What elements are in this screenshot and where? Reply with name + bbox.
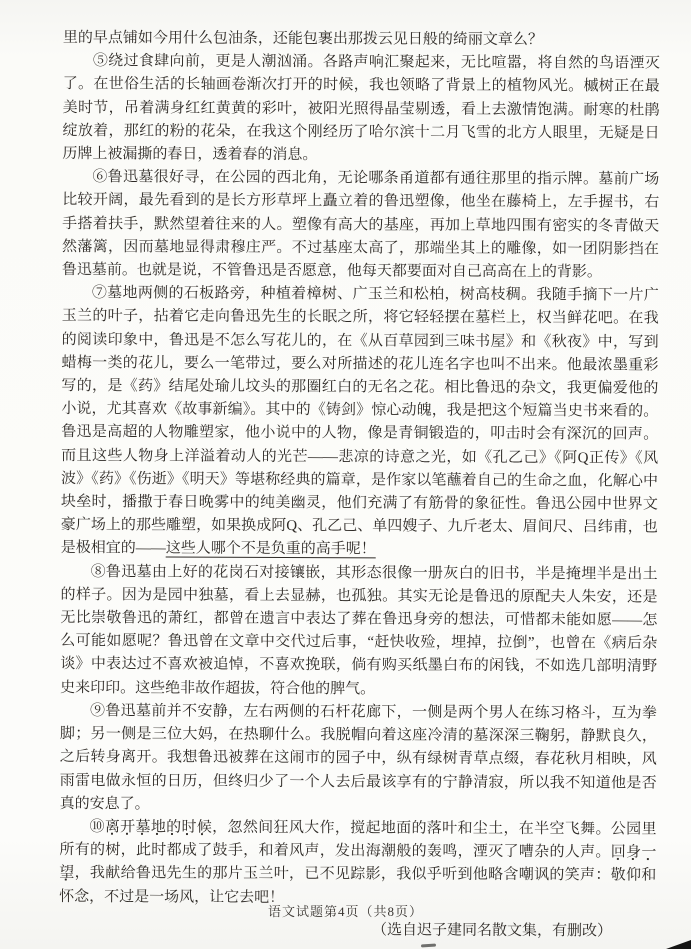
text-run: 里的早点铺如今用什么包油条，还能包裹出那拨云见日般的绮丽文章么？ xyxy=(63,30,543,48)
text-run: ，我献给鲁迅先生的那片玉兰叶，已不见踪影，我似乎听到他略含嘲讽的笑声：敬仰和怀念… xyxy=(59,865,656,905)
page-footer: 语文试题第4页（共8页） xyxy=(0,901,691,920)
essay-body: 里的早点铺如今用什么包油条，还能包裹出那拨云见日般的绮丽文章么？⑤绕过食肆向前，… xyxy=(59,27,660,944)
attribution: （选自迟子建同名散文集，有删改） xyxy=(59,918,656,944)
essay-paragraph: ⑥鲁迅墓很好寻，在公园的西北角，无论哪条甬道都有通往那里的指示牌。墓前广场比较开… xyxy=(62,166,660,285)
exam-page-scan: 里的早点铺如今用什么包油条，还能包裹出那拨云见日般的绮丽文章么？⑤绕过食肆向前，… xyxy=(0,0,691,949)
essay-paragraph: ⑩离开墓地的时候，忽然间狂风大作，搅起地面的落叶和尘土，在半空飞舞。公园里所有的… xyxy=(59,816,656,911)
text-run: ⑨鲁迅墓前并不安静，左右两侧的石杆花廊下，一侧是两个男人在练习格斗，互为拳脚；另… xyxy=(60,703,657,812)
text-run: ⑦墓地两侧的石板路旁，种植着樟树、广玉兰和松柏，树高枝稠。我随手摘下一片广玉兰的… xyxy=(61,285,659,557)
essay-paragraph: 里的早点铺如今用什么包油条，还能包裹出那拨云见日般的绮丽文章么？ xyxy=(63,27,660,53)
scan-artifact-corner xyxy=(666,940,691,949)
text-run: ⑥鲁迅墓很好寻，在公园的西北角，无论哪条甬道都有通往那里的指示牌。墓前广场比较开… xyxy=(62,169,659,280)
essay-paragraph: ⑦墓地两侧的石板路旁，种植着樟树、广玉兰和松柏，树高枝稠。我随手摘下一片广玉兰的… xyxy=(61,282,659,563)
text-run: ⑩ xyxy=(89,819,104,835)
essay-paragraph: ⑨鲁迅墓前并不安静，左右两侧的石杆花廊下，一侧是两个男人在练习格斗，互为拳脚；另… xyxy=(60,700,658,819)
text-run: ⑤绕过食肆向前，更是人潮汹涌。各路声响汇聚起来，无比喧嚣，将自然的鸟语湮灭了。在… xyxy=(62,53,659,163)
scan-artifact-dash xyxy=(421,943,436,947)
text-run: ⑧鲁迅墓由上好的花岗石对接镶嵌，其形态很像一册灰白的旧书，半是掩埋半是出土的样子… xyxy=(60,564,658,697)
essay-paragraph: ⑤绕过食肆向前，更是人潮汹涌。各路声响汇聚起来，无比喧嚣，将自然的鸟语湮灭了。在… xyxy=(62,50,660,169)
essay-paragraph: ⑧鲁迅墓由上好的花岗石对接镶嵌，其形态很像一册灰白的旧书，半是掩埋半是出土的样子… xyxy=(60,561,658,703)
underlined-phrase: 这些人哪个不是负重的高手呢！ xyxy=(166,541,376,558)
emphasis-dotted-phrase: 离开墓地的时候 xyxy=(105,819,212,835)
